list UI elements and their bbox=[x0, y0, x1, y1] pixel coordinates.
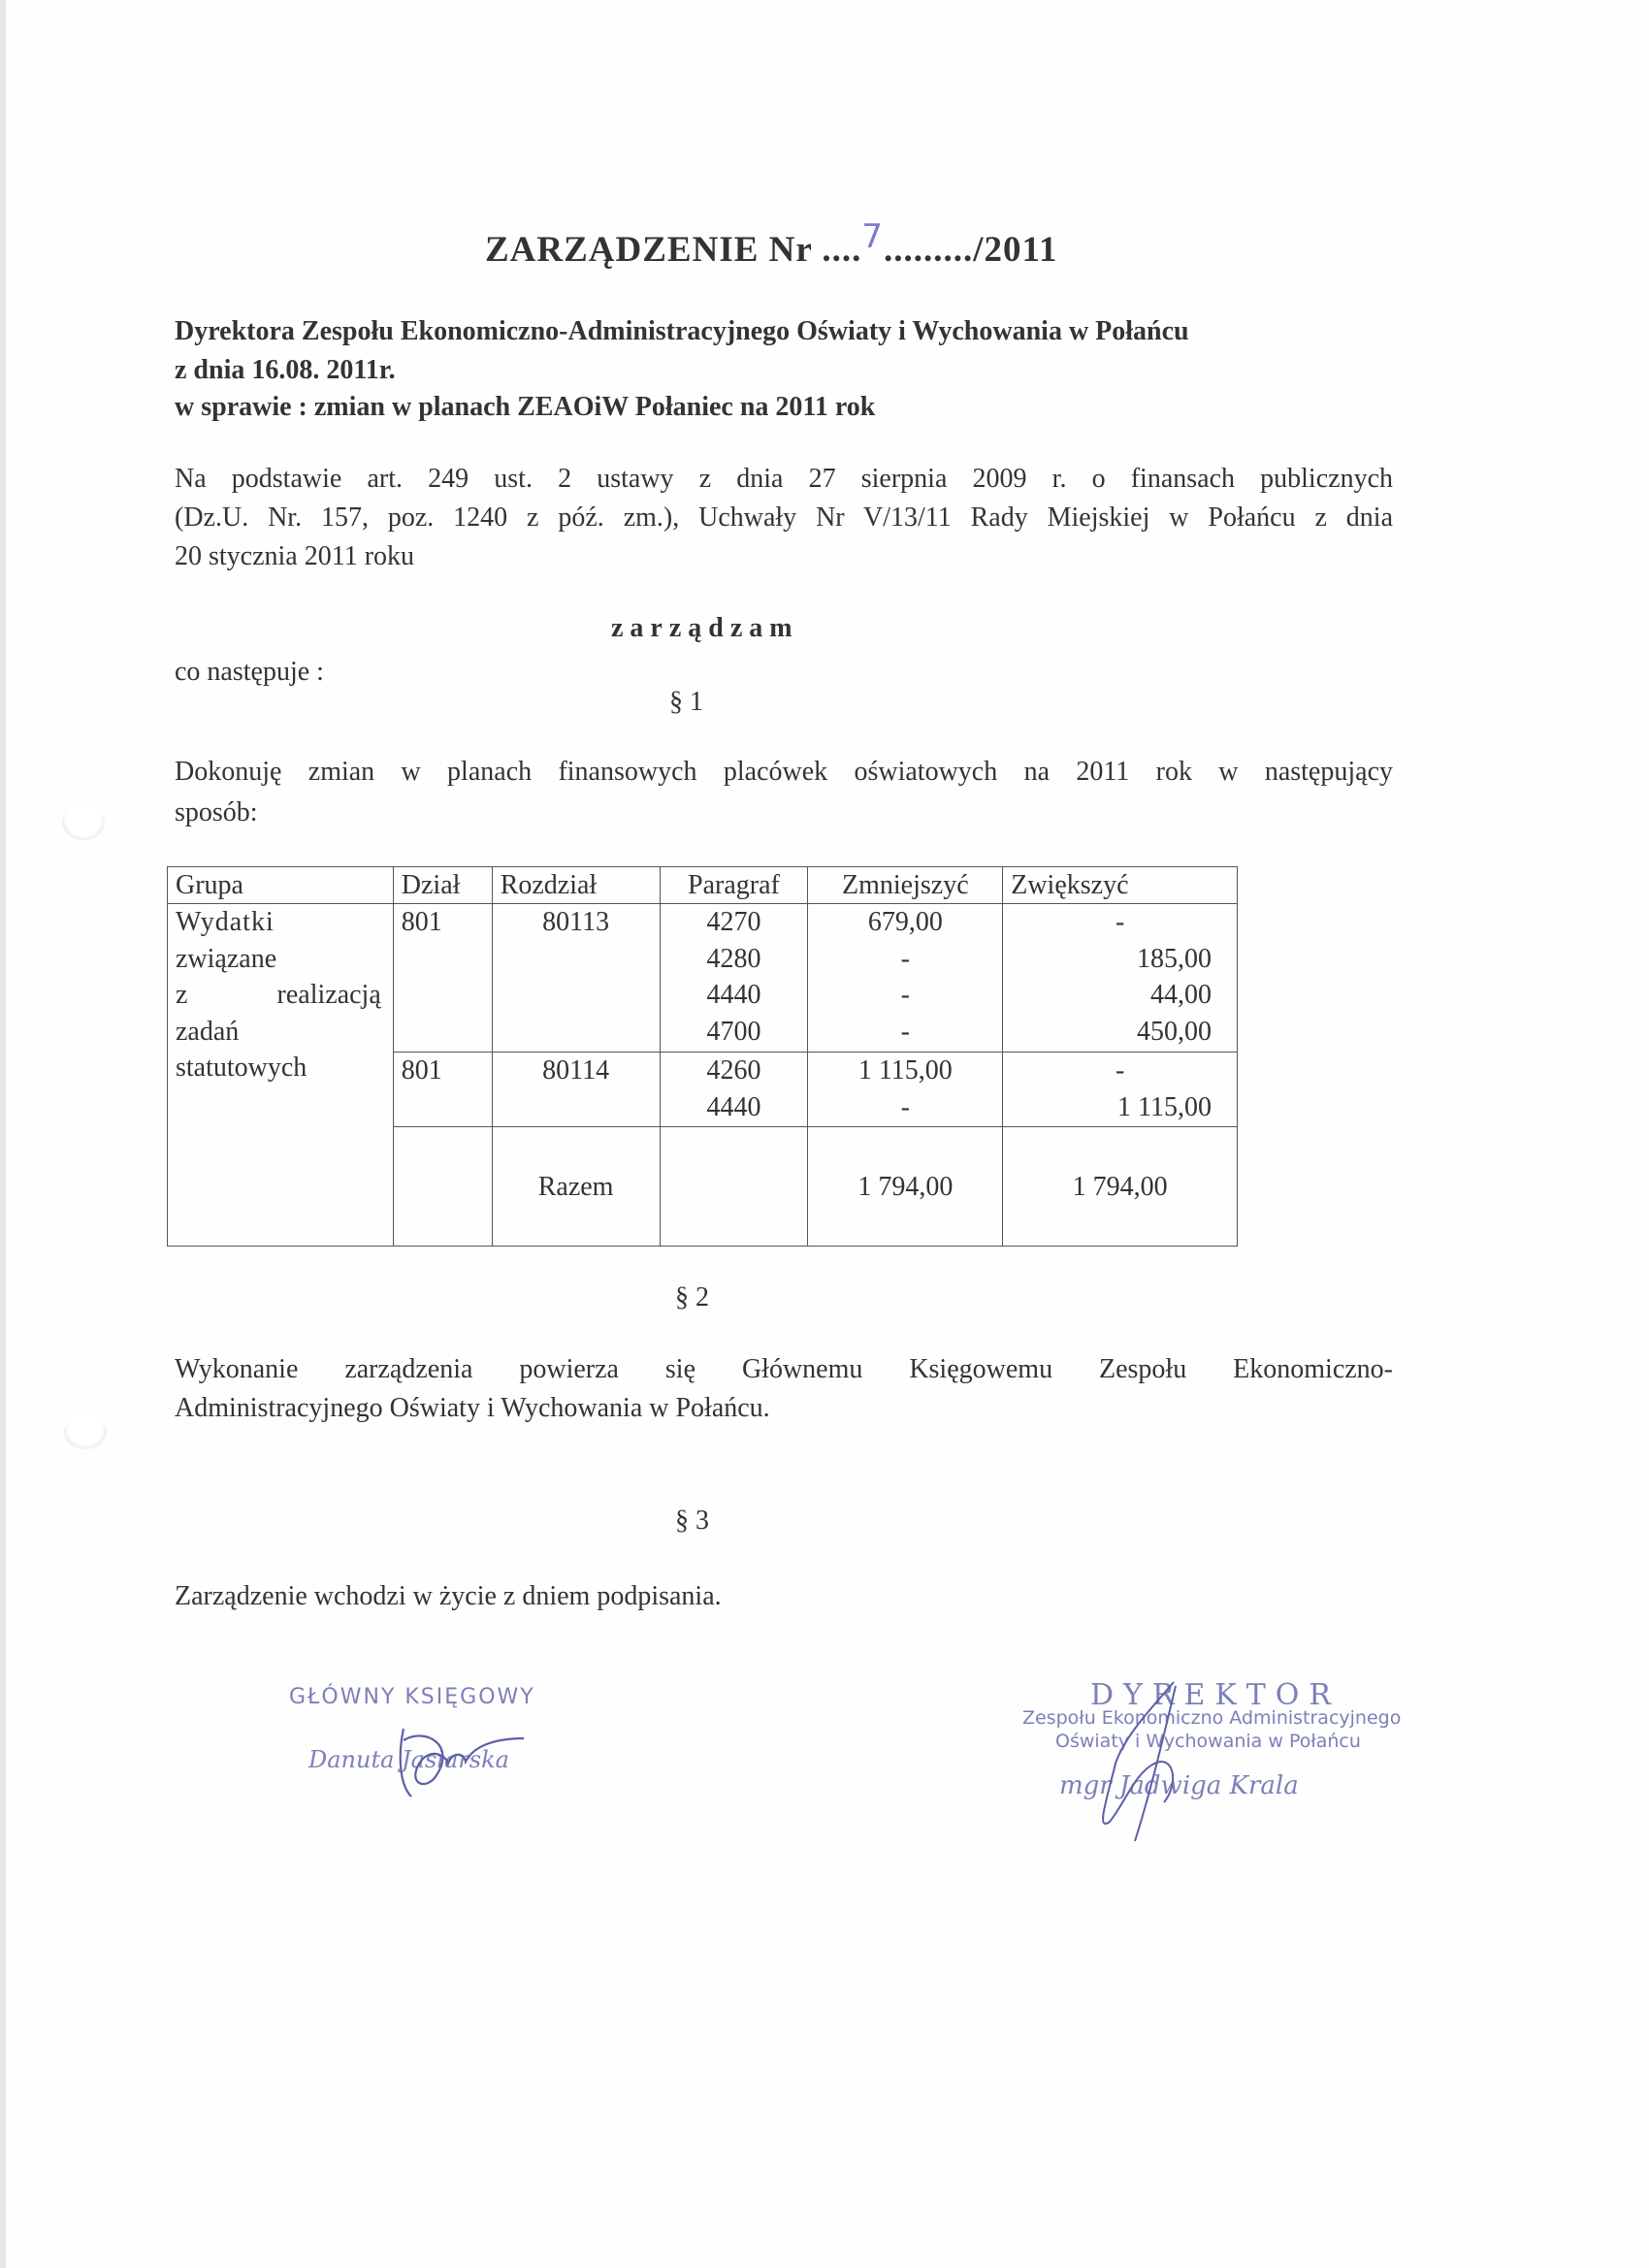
section-1-text: Dokonuję zmian w planach finansowych pla… bbox=[175, 757, 1393, 788]
group-label-line: związane bbox=[176, 941, 385, 978]
handwritten-number: 7 bbox=[861, 217, 884, 256]
group-label-line: zadań bbox=[176, 1014, 385, 1051]
total-paragraf-cell bbox=[660, 1127, 808, 1247]
paragraf-value: 4260 bbox=[668, 1053, 800, 1089]
rozdzial-cell: 80114 bbox=[492, 1053, 660, 1127]
zwiekszyc-value: - bbox=[1011, 1053, 1229, 1089]
zwiekszyc-value: 185,00 bbox=[1011, 941, 1229, 978]
paragraf-cell: 4270 4280 4440 4700 bbox=[660, 904, 808, 1053]
header-zwiekszyc: Zwiększyć bbox=[1003, 867, 1238, 904]
document-title: ZARZĄDZENIE Nr ....7........./2011 bbox=[485, 229, 1058, 271]
header-dzial: Dział bbox=[393, 867, 492, 904]
director-stamp-org: Zespołu Ekonomiczno Administracyjnego bbox=[1022, 1707, 1401, 1729]
decree-word: zarządzam bbox=[611, 613, 799, 644]
header-rozdzial: Rozdział bbox=[492, 867, 660, 904]
section-3-text: Zarządzenie wchodzi w życie z dniem podp… bbox=[175, 1581, 722, 1612]
director-signature-icon bbox=[1086, 1676, 1203, 1851]
paragraf-value: 4270 bbox=[668, 904, 800, 941]
zwiekszyc-value: 1 115,00 bbox=[1011, 1089, 1229, 1126]
dzial-cell: 801 bbox=[393, 1053, 492, 1127]
section-1-heading: § 1 bbox=[669, 687, 703, 718]
legal-basis-line: Na podstawie art. 249 ust. 2 ustawy z dn… bbox=[175, 464, 1393, 495]
zwiekszyc-value: 44,00 bbox=[1011, 977, 1229, 1014]
follows-text: co następuje : bbox=[175, 657, 324, 688]
zwiekszyc-value: 450,00 bbox=[1011, 1014, 1229, 1051]
zmniejszyc-cell: 1 115,00 - bbox=[808, 1053, 1003, 1127]
zmniejszyc-value: 679,00 bbox=[816, 904, 994, 941]
title-suffix: ........./2011 bbox=[884, 230, 1058, 270]
section-1-text: sposób: bbox=[175, 797, 258, 828]
header-paragraf: Paragraf bbox=[660, 867, 808, 904]
zwiekszyc-value: - bbox=[1011, 904, 1229, 941]
zmniejszyc-value: - bbox=[816, 1014, 994, 1051]
zmniejszyc-value: - bbox=[816, 977, 994, 1014]
zwiekszyc-cell: - 1 115,00 bbox=[1003, 1053, 1238, 1127]
dzial-cell: 801 bbox=[393, 904, 492, 1053]
zmniejszyc-cell: 679,00 - - - bbox=[808, 904, 1003, 1053]
total-dzial-cell bbox=[393, 1127, 492, 1247]
table-header-row: Grupa Dział Rozdział Paragraf Zmniejszyć… bbox=[168, 867, 1238, 904]
group-label-cell: Wydatki związane zrealizacją zadań statu… bbox=[168, 904, 394, 1247]
punch-hole bbox=[64, 1414, 107, 1449]
title-prefix: ZARZĄDZENIE Nr .... bbox=[485, 230, 861, 270]
total-label: Razem bbox=[492, 1127, 660, 1247]
rozdzial-cell: 80113 bbox=[492, 904, 660, 1053]
zmniejszyc-value: - bbox=[816, 1089, 994, 1126]
header-zmniejszyc: Zmniejszyć bbox=[808, 867, 1003, 904]
financial-changes-table: Grupa Dział Rozdział Paragraf Zmniejszyć… bbox=[167, 866, 1238, 1247]
zmniejszyc-value: 1 115,00 bbox=[816, 1053, 994, 1089]
paragraf-value: 4280 bbox=[668, 941, 800, 978]
group-label-line: statutowych bbox=[176, 1050, 385, 1086]
paragraf-value: 4440 bbox=[668, 977, 800, 1014]
zwiekszyc-cell: - 185,00 44,00 450,00 bbox=[1003, 904, 1238, 1053]
legal-basis-line: (Dz.U. Nr. 157, poz. 1240 z póź. zm.), U… bbox=[175, 502, 1393, 534]
total-zwiekszyc: 1 794,00 bbox=[1003, 1127, 1238, 1247]
subject-line: w sprawie : zmian w planach ZEAOiW Połan… bbox=[175, 392, 875, 423]
date-line: z dnia 16.08. 2011r. bbox=[175, 355, 396, 386]
section-3-heading: § 3 bbox=[675, 1506, 709, 1537]
table-row: Wydatki związane zrealizacją zadań statu… bbox=[168, 904, 1238, 1053]
paragraf-value: 4440 bbox=[668, 1089, 800, 1126]
paragraf-value: 4700 bbox=[668, 1014, 800, 1051]
group-label-line: zrealizacją bbox=[176, 977, 385, 1014]
punch-hole bbox=[62, 805, 105, 840]
accountant-signature-icon bbox=[359, 1717, 533, 1804]
header-grupa: Grupa bbox=[168, 867, 394, 904]
paragraf-cell: 4260 4440 bbox=[660, 1053, 808, 1127]
legal-basis-line: 20 stycznia 2011 roku bbox=[175, 541, 414, 572]
issuer-line: Dyrektora Zespołu Ekonomiczno-Administra… bbox=[175, 316, 1189, 347]
section-2-text: Wykonanie zarządzenia powierza się Główn… bbox=[175, 1354, 1393, 1385]
zmniejszyc-value: - bbox=[816, 941, 994, 978]
total-zmniejszyc: 1 794,00 bbox=[808, 1127, 1003, 1247]
section-2-heading: § 2 bbox=[675, 1282, 709, 1313]
accountant-stamp-title: GŁÓWNY KSIĘGOWY bbox=[289, 1685, 535, 1709]
section-2-text: Administracyjnego Oświaty i Wychowania w… bbox=[175, 1393, 770, 1424]
group-label-line: Wydatki bbox=[176, 904, 385, 941]
scan-edge bbox=[0, 0, 6, 2268]
